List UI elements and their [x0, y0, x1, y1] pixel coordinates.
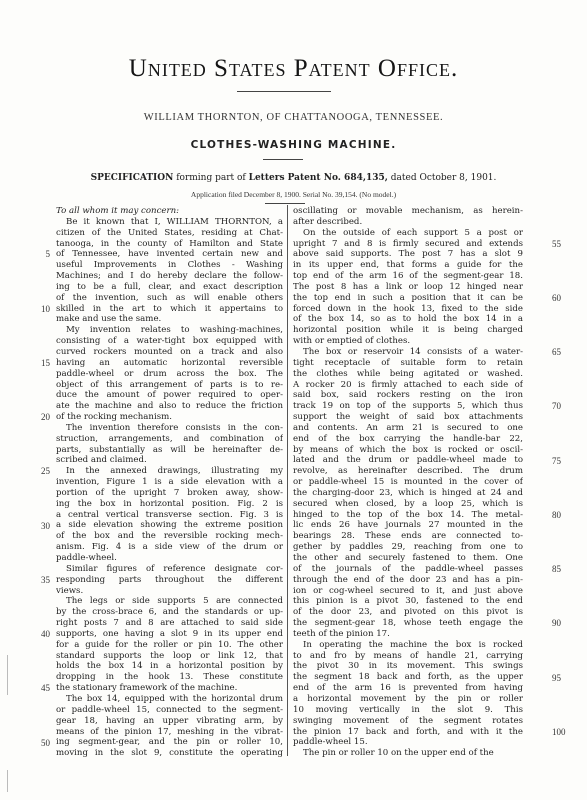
- text-line: parts, substantially as will be hereinaf…: [56, 445, 283, 456]
- text-line: citizen of the United States, residing a…: [56, 228, 283, 239]
- text-line: The box or reservoir 14 consists of a wa…: [293, 347, 523, 358]
- text-line: responding parts throughout the differen…: [56, 575, 283, 586]
- text-line: invention, Figure 1 is a side elevation …: [56, 477, 283, 488]
- text-line: the other and securely fastened to them.…: [293, 553, 523, 564]
- text-line: track 19 on top of the supports 5, which…: [293, 401, 523, 412]
- text-line: The pin or roller 10 on the upper end of…: [293, 748, 523, 759]
- text-line: revolve, as hereinafter described. The d…: [293, 466, 523, 477]
- right-text-column: oscillating or movable mechanism, as her…: [293, 206, 523, 759]
- margin-line-number: 30: [28, 521, 50, 531]
- text-line: end of the arm 16 is prevented from havi…: [293, 683, 523, 694]
- text-line: the charging-door 23, which is hinged at…: [293, 488, 523, 499]
- margin-line-number: 35: [28, 575, 50, 585]
- text-line: skilled in the art to which it appertain…: [56, 304, 283, 315]
- invention-rule: [263, 159, 303, 160]
- text-line: top end of the arm 16 of the segment-gea…: [293, 271, 523, 282]
- text-line: ate the machine and also to reduce the f…: [56, 401, 283, 412]
- text-line: moving in the slot 9, constitute the ope…: [56, 748, 283, 759]
- text-line: forced down in the hook 13, fixed to the…: [293, 304, 523, 315]
- text-line: a side elevation showing the extreme pos…: [56, 520, 283, 531]
- left-text-column: To all whom it may concern:Be it known t…: [56, 206, 283, 759]
- text-line: the segment-gear 18, whose teeth engage …: [293, 618, 523, 629]
- text-line: tanooga, in the county of Hamilton and S…: [56, 239, 283, 250]
- margin-line-number: 85: [552, 564, 576, 574]
- text-line: ing to be a full, clear, and exact descr…: [56, 282, 283, 293]
- margin-line-number: 80: [552, 510, 576, 520]
- margin-line-number: 25: [28, 466, 50, 476]
- letters-patent-number: Letters Patent No. 684,135,: [249, 173, 388, 183]
- text-line: to and fro by means of handle 21, carryi…: [293, 651, 523, 662]
- text-line: scribed and claimed.: [56, 455, 283, 466]
- text-line: make and use the same.: [56, 314, 283, 325]
- text-line: useful Improvements in Clothes - Washing: [56, 260, 283, 271]
- text-line: of the door 23, and pivoted on this pivo…: [293, 607, 523, 618]
- text-line: The box 14, equipped with the horizontal…: [56, 694, 283, 705]
- application-rule: [265, 203, 305, 204]
- text-line: a horizontal movement by the pin or roll…: [293, 694, 523, 705]
- text-line: My invention relates to washing-machines…: [56, 325, 283, 336]
- text-line: object of this arrangement of parts is t…: [56, 380, 283, 391]
- text-line: of the box and the reversible rocking me…: [56, 531, 283, 542]
- text-line: views.: [56, 586, 283, 597]
- text-line: gear 18, having an upper vibrating arm, …: [56, 716, 283, 727]
- text-line: tight receptacle of suitable form to ret…: [293, 358, 523, 369]
- margin-line-number: 45: [28, 683, 50, 693]
- text-line: upright 7 and 8 is firmly secured and ex…: [293, 239, 523, 250]
- text-line: On the outside of each support 5 a post …: [293, 228, 523, 239]
- text-line: by means of which the box is rocked or o…: [293, 445, 523, 456]
- margin-line-number: 60: [552, 293, 576, 303]
- text-line: In the annexed drawings, illustrating my: [56, 466, 283, 477]
- text-line: this pinion is a pivot 30, fastened to t…: [293, 596, 523, 607]
- margin-line-number: 90: [552, 618, 576, 628]
- text-line: support the weight of said box attachmen…: [293, 412, 523, 423]
- text-line: 10 moving vertically in the slot 9. This: [293, 705, 523, 716]
- text-line: the pinion 17 back and forth, and with i…: [293, 727, 523, 738]
- margin-line-number: 50: [28, 738, 50, 748]
- specification-line: SPECIFICATION forming part of Letters Pa…: [0, 173, 587, 183]
- text-line: Similar figures of reference designate c…: [56, 564, 283, 575]
- text-line: paddle-wheel 15.: [293, 737, 523, 748]
- application-line: Application filed December 8, 1900. Seri…: [0, 190, 587, 199]
- text-line: consisting of a water-tight box equipped…: [56, 336, 283, 347]
- margin-line-number: 100: [552, 727, 576, 737]
- text-line: curved rockers mounted on a track and al…: [56, 347, 283, 358]
- text-line: To all whom it may concern:: [56, 206, 283, 217]
- text-line: portion of the upright 7 broken away, sh…: [56, 488, 283, 499]
- margin-line-number: 40: [28, 629, 50, 639]
- margin-line-number: 65: [552, 347, 576, 357]
- text-line: struction, arrangements, and combination…: [56, 434, 283, 445]
- text-line: secured when closed, by a loop 25, which…: [293, 499, 523, 510]
- text-line: oscillating or movable mechanism, as her…: [293, 206, 523, 217]
- specification-prefix: SPECIFICATION: [91, 173, 174, 183]
- text-line: means of the pinion 17, meshing in the v…: [56, 727, 283, 738]
- text-line: The post 8 has a link or loop 12 hinged …: [293, 282, 523, 293]
- text-line: ing segment-gear, and the pin or roller …: [56, 737, 283, 748]
- text-line: of Tennessee, have invented certain new …: [56, 249, 283, 260]
- text-line: paddle-wheel.: [56, 553, 283, 564]
- text-line: bearings 28. These ends are connected to…: [293, 531, 523, 542]
- text-line: swinging movement of the segment rotates: [293, 716, 523, 727]
- text-line: the pivot 30 in its movement. This swing…: [293, 661, 523, 672]
- patent-page: United States Patent Office. WILLIAM THO…: [0, 0, 587, 800]
- text-line: with or emptied of clothes.: [293, 336, 523, 347]
- text-line: above said supports. The post 7 has a sl…: [293, 249, 523, 260]
- margin-line-number: 5: [28, 249, 50, 259]
- text-line: of the invention, such as will enable ot…: [56, 293, 283, 304]
- text-line: of the journals of the paddle-wheel pass…: [293, 564, 523, 575]
- text-line: in its upper end, that forms a guide for…: [293, 260, 523, 271]
- text-line: ion or cog-wheel secured to it, and just…: [293, 586, 523, 597]
- text-line: The invention therefore consists in the …: [56, 423, 283, 434]
- text-line: by the cross-brace 6, and the standards …: [56, 607, 283, 618]
- office-title: United States Patent Office.: [0, 55, 587, 83]
- patent-date: dated October 8, 1901.: [388, 173, 496, 183]
- text-line: duce the amount of power required to ope…: [56, 390, 283, 401]
- text-line: ing the box in horizontal position. Fig.…: [56, 499, 283, 510]
- margin-line-number: 55: [552, 239, 576, 249]
- margin-line-number: 75: [552, 456, 576, 466]
- text-line: a central vertical transverse section. F…: [56, 510, 283, 521]
- text-line: the stationary framework of the machine.: [56, 683, 283, 694]
- column-divider: [287, 205, 288, 756]
- text-line: or paddle-wheel 15 is mounted in the cov…: [293, 477, 523, 488]
- text-line: In operating the machine the box is rock…: [293, 640, 523, 651]
- text-line: standard supports the loop or link 12, t…: [56, 651, 283, 662]
- text-line: after described.: [293, 217, 523, 228]
- scan-artifact: [7, 770, 8, 792]
- margin-line-number: 70: [552, 401, 576, 411]
- invention-title: CLOTHES-WASHING MACHINE.: [0, 139, 587, 151]
- margin-line-number: 20: [28, 412, 50, 422]
- text-line: said box, said rockers resting on the ir…: [293, 390, 523, 401]
- text-line: the clothes while being agitated or wash…: [293, 369, 523, 380]
- title-rule: [237, 91, 331, 92]
- text-line: through the end of the door 23 and has a…: [293, 575, 523, 586]
- text-line: of the rocking mechanism.: [56, 412, 283, 423]
- text-line: right posts 7 and 8 are attached to said…: [56, 618, 283, 629]
- text-line: anism. Fig. 4 is a side view of the drum…: [56, 542, 283, 553]
- text-line: paddle-wheel or drum across the box. The: [56, 369, 283, 380]
- text-line: for a guide for the roller or pin 10. Th…: [56, 640, 283, 651]
- text-line: holds the box 14 in a horizontal positio…: [56, 661, 283, 672]
- text-line: The legs or side supports 5 are connecte…: [56, 596, 283, 607]
- text-line: the top end in such a position that it c…: [293, 293, 523, 304]
- text-line: of the box 14, so as to hold the box 14 …: [293, 314, 523, 325]
- text-line: teeth of the pinion 17.: [293, 629, 523, 640]
- scan-artifact: [7, 655, 8, 695]
- text-line: end of the box carrying the handle-bar 2…: [293, 434, 523, 445]
- text-line: supports, one having a slot 9 in its upp…: [56, 629, 283, 640]
- text-line: A rocker 20 is firmly attached to each s…: [293, 380, 523, 391]
- margin-line-number: 10: [28, 304, 50, 314]
- text-line: and contents. An arm 21 is secured to on…: [293, 423, 523, 434]
- text-line: Be it known that I, WILLIAM THORNTON, a: [56, 217, 283, 228]
- specification-middle: forming part of: [173, 173, 248, 183]
- margin-line-number: 15: [28, 358, 50, 368]
- text-line: hinged to the top of the box 14. The met…: [293, 510, 523, 521]
- text-line: lated and the drum or paddle-wheel made …: [293, 455, 523, 466]
- text-line: having an automatic horizontal reversibl…: [56, 358, 283, 369]
- inventor-line: WILLIAM THORNTON, OF CHATTANOOGA, TENNES…: [0, 112, 587, 123]
- margin-line-number: 95: [552, 673, 576, 683]
- text-line: the segment 18 back and forth, as the up…: [293, 672, 523, 683]
- text-line: gether by paddles 29, reaching from one …: [293, 542, 523, 553]
- text-line: or paddle-wheel 15, connected to the seg…: [56, 705, 283, 716]
- text-line: lic ends 26 have journals 27 mounted in …: [293, 520, 523, 531]
- text-line: dropping in the hook 13. These constitut…: [56, 672, 283, 683]
- text-line: horizontal position while it is being ch…: [293, 325, 523, 336]
- text-line: Machines; and I do hereby declare the fo…: [56, 271, 283, 282]
